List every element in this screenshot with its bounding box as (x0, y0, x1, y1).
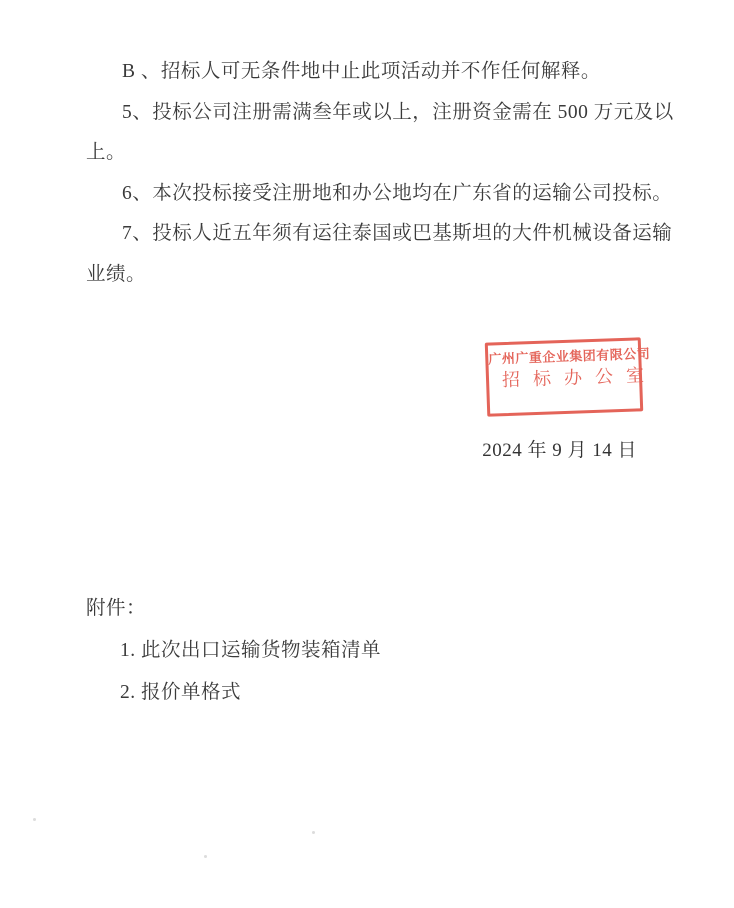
scan-speck (312, 831, 315, 834)
scan-speck (33, 818, 36, 821)
scan-speck (204, 855, 207, 858)
body-line-item7: 7、投标人近五年须有运往泰国或巴基斯坦的大件机械设备运输 (122, 223, 672, 245)
stamp-company-name: 广州广重企业集团有限公司 (488, 347, 638, 367)
attachment-item-1: 1. 此次出口运输货物装箱清单 (120, 640, 381, 662)
body-line-item5: 5、投标公司注册需满叁年或以上，注册资金需在 500 万元及以 (122, 102, 674, 124)
document-date: 2024 年 9 月 14 日 (482, 435, 637, 462)
company-stamp: 广州广重企业集团有限公司 招标办公室 (485, 337, 643, 416)
document-page: B 、招标人可无条件地中止此项活动并不作任何解释。 5、投标公司注册需满叁年或以… (0, 0, 734, 908)
body-line-item5-wrap: 上。 (86, 142, 126, 164)
body-line-item6: 6、本次投标接受注册地和办公地均在广东省的运输公司投标。 (122, 183, 672, 205)
body-line-b-clause: B 、招标人可无条件地中止此项活动并不作任何解释。 (122, 61, 601, 83)
stamp-office-name: 招标办公室 (489, 367, 640, 392)
body-line-item7-wrap: 业绩。 (86, 264, 146, 286)
attachments-label: 附件： (86, 598, 146, 620)
attachment-item-2: 2. 报价单格式 (120, 682, 241, 704)
